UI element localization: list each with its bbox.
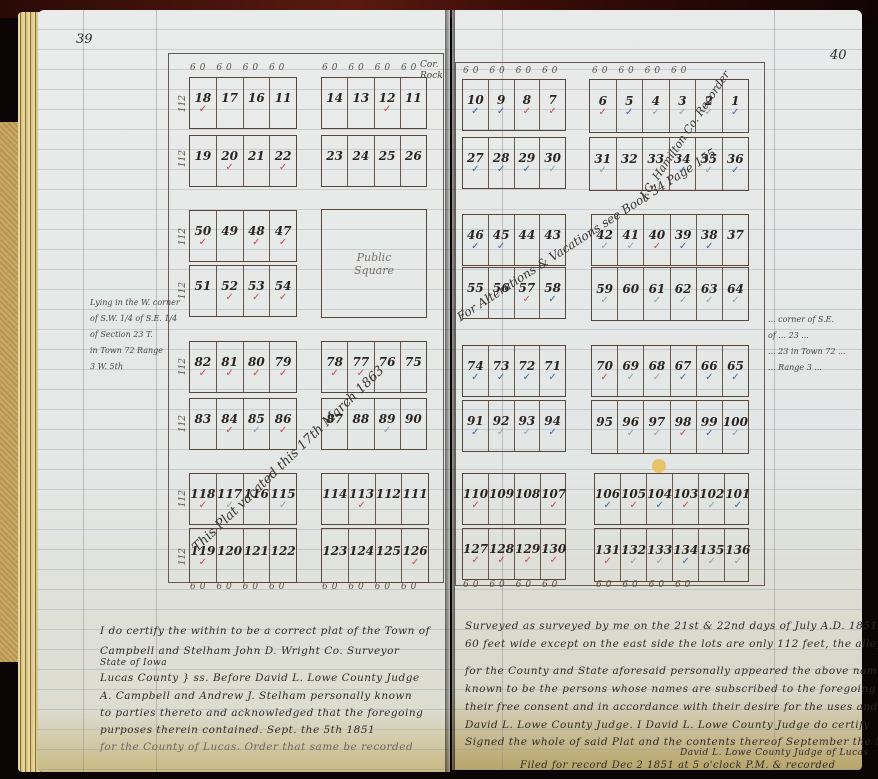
lot-number: 28 [493,151,510,165]
city-block: 123124125126✓ [321,528,429,583]
lot-number: 66 [701,359,718,373]
check-mark-icon: ✓ [199,369,207,379]
check-mark-icon: ✓ [199,105,207,115]
city-block: 6✓5✓4✓3✓2✓1✓ [589,79,749,133]
lot: 52✓ [217,266,244,316]
lot-number: 71 [544,359,561,373]
check-mark-icon: ✓ [708,501,716,511]
check-mark-icon: ✓ [225,293,233,303]
lot: 29✓ [515,138,541,188]
lot-number: 32 [621,152,638,166]
depth-dimension: 112 [178,228,188,245]
lot-number: 89 [379,412,396,426]
lot-number: 47 [275,224,292,238]
lot-number: 83 [195,412,212,426]
frontage-dimension: 60 60 60 60 [322,63,420,73]
check-mark-icon: ✓ [548,107,556,117]
lot: 9✓ [489,80,515,130]
lot: 136✓ [725,529,750,581]
lot-number: 93 [519,414,536,428]
lot-number: 43 [544,228,561,242]
lot: 99✓ [697,401,723,453]
lot: 11 [401,78,426,128]
lot: 20✓ [217,136,244,186]
lot: 114 [322,474,349,524]
lot-number: 36 [727,152,744,166]
lot: 81✓ [217,342,244,392]
page-edges [18,12,40,772]
lot: 53✓ [244,266,271,316]
check-mark-icon: ✓ [252,426,260,436]
check-mark-icon: ✓ [548,295,556,305]
lot-number: 69 [622,359,639,373]
lot-number: 94 [544,414,561,428]
lot-number: 41 [622,228,639,242]
check-mark-icon: ✓ [330,369,338,379]
lot: 45✓ [489,215,515,265]
check-mark-icon: ✓ [550,556,558,566]
check-mark-icon: ✓ [653,429,661,439]
check-mark-icon: ✓ [603,557,611,567]
lot-number: 55 [467,281,484,295]
lot-number: 44 [519,228,536,242]
lot: 108 [515,474,541,524]
check-mark-icon: ✓ [731,296,739,306]
lot-number: 102 [699,487,724,501]
check-mark-icon: ✓ [252,293,260,303]
lot: 132✓ [621,529,647,581]
lot-number: 100 [723,415,748,429]
lot: 22✓ [270,136,296,186]
depth-dimension: 112 [178,95,188,112]
lot-number: 127 [463,542,488,556]
lot: 79✓ [270,342,296,392]
check-mark-icon: ✓ [523,556,531,566]
lot: 121 [244,529,271,582]
check-mark-icon: ✓ [497,556,505,566]
check-mark-icon: ✓ [679,373,687,383]
check-mark-icon: ✓ [471,556,479,566]
lot-number: 105 [621,487,646,501]
lot-number: 22 [275,149,292,163]
lot: 130✓ [541,529,566,579]
lot: 83 [190,399,217,449]
check-mark-icon: ✓ [627,242,635,252]
lot: 72✓ [515,346,541,396]
lot-number: 72 [519,359,536,373]
check-mark-icon: ✓ [708,557,716,567]
check-mark-icon: ✓ [548,373,556,383]
lot: 105✓ [621,474,647,524]
lot-number: 60 [622,282,639,296]
check-mark-icon: ✓ [471,242,479,252]
lot: 68✓ [644,346,670,396]
lot-number: 85 [248,412,265,426]
check-mark-icon: ✓ [383,105,391,115]
check-mark-icon: ✓ [279,369,287,379]
lot: 13 [348,78,374,128]
lot: 125 [376,529,403,582]
lot-number: 82 [195,355,212,369]
lot: 26 [401,136,426,186]
margin-note-left: Lying in the W. cornerof S.W. 1/4 of S.E… [90,295,180,375]
lot: 19 [190,136,217,186]
check-mark-icon: ✓ [225,163,233,173]
lot-number: 38 [701,228,718,242]
lot-number: 5 [625,94,633,108]
page-number-left: 39 [76,32,93,47]
lot: 107✓ [541,474,566,524]
lot-number: 31 [594,152,611,166]
lot: 10✓ [463,80,489,130]
city-block: 9596✓97✓98✓99✓100✓ [591,400,749,454]
city-block: 91✓92✓93✓94✓ [462,400,566,452]
lot: 8✓ [515,80,541,130]
lot-number: 21 [248,149,265,163]
lot-number: 74 [467,359,484,373]
city-block: 8384✓85✓86✓ [189,398,297,450]
lot-number: 122 [271,544,296,558]
lot: 28✓ [489,138,515,188]
lot-number: 49 [221,224,238,238]
frontage-dimension: 60 60 60 60 [190,63,288,73]
check-mark-icon: ✓ [199,558,207,568]
lot-number: 53 [248,279,265,293]
lot-number: 103 [673,487,698,501]
lot: 66✓ [697,346,723,396]
city-block: 27✓28✓29✓30✓ [462,137,566,189]
check-mark-icon: ✓ [682,557,690,567]
lot-number: 130 [541,542,566,556]
lot-number: 11 [275,91,292,105]
lot-number: 115 [271,487,296,501]
check-mark-icon: ✓ [199,238,207,248]
check-mark-icon: ✓ [497,373,505,383]
lot-number: 48 [248,224,265,238]
lot: 67✓ [671,346,697,396]
city-block: 114113✓112111 [321,473,429,525]
stain-mark [652,459,666,473]
lot-number: 88 [353,412,370,426]
city-block: 23242526 [321,135,427,187]
lot-number: 67 [675,359,692,373]
lot-number: 40 [649,228,666,242]
lot: 101✓ [725,474,750,524]
lot: 62✓ [671,268,697,320]
check-mark-icon: ✓ [471,501,479,511]
lot: 5✓ [617,80,644,132]
check-mark-icon: ✓ [600,373,608,383]
check-mark-icon: ✓ [497,165,505,175]
city-block: 1920✓2122✓ [189,135,297,187]
lot: 91✓ [463,401,489,451]
check-mark-icon: ✓ [705,296,713,306]
lot-number: 51 [195,279,212,293]
lot: 25 [375,136,401,186]
lot-number: 84 [221,412,238,426]
lot: 98✓ [671,401,697,453]
lot: 96✓ [618,401,644,453]
city-block: 5152✓53✓54✓ [189,265,297,317]
city-block: 18✓171611 [189,77,297,129]
lot-number: 81 [221,355,238,369]
lot: 82✓ [190,342,217,392]
lot: 75 [401,342,426,392]
city-block: 110✓109108107✓ [462,473,566,525]
lot-number: 9 [497,93,505,107]
lot-number: 114 [322,487,347,501]
check-mark-icon: ✓ [629,501,637,511]
lot-number: 133 [647,543,672,557]
lot: 59✓ [592,268,618,320]
check-mark-icon: ✓ [471,107,479,117]
check-mark-icon: ✓ [653,296,661,306]
check-mark-icon: ✓ [705,166,713,176]
lot-number: 37 [727,228,744,242]
lot: 80✓ [244,342,271,392]
lot: 134✓ [673,529,699,581]
lot-number: 58 [544,281,561,295]
lot: 46✓ [463,215,489,265]
lot: 129✓ [515,529,541,579]
lot: 17 [217,78,244,128]
lot: 126✓ [402,529,428,582]
lot: 18✓ [190,78,217,128]
lot-number: 98 [675,415,692,429]
lot: 40✓ [644,215,670,265]
check-mark-icon: ✓ [225,369,233,379]
lot-number: 123 [322,544,347,558]
lot: 110✓ [463,474,489,524]
check-mark-icon: ✓ [734,557,742,567]
lot-number: 86 [275,412,292,426]
check-mark-icon: ✓ [599,166,607,176]
check-mark-icon: ✓ [497,107,505,117]
check-mark-icon: ✓ [731,429,739,439]
city-block: 82✓81✓80✓79✓ [189,341,297,393]
lot-number: 17 [221,91,238,105]
lot-number: 13 [353,91,370,105]
lot-number: 78 [326,355,343,369]
lot-number: 45 [493,228,510,242]
lot: 27✓ [463,138,489,188]
city-block: 10✓9✓8✓7✓ [462,79,566,131]
lot-number: 109 [489,487,514,501]
check-mark-icon: ✓ [199,501,207,511]
lot-number: 99 [701,415,718,429]
lot: 58✓ [540,268,565,318]
lot-number: 68 [649,359,666,373]
lot-number: 6 [599,94,607,108]
city-block: 106✓105✓104✓103✓102✓101✓ [594,473,749,525]
lot-number: 70 [596,359,613,373]
lot: 37 [723,215,748,265]
check-mark-icon: ✓ [279,163,287,173]
lot-number: 135 [699,543,724,557]
check-mark-icon: ✓ [731,373,739,383]
lot-number: 73 [493,359,510,373]
lot: 89✓ [375,399,401,449]
check-mark-icon: ✓ [655,501,663,511]
lot: 84✓ [217,399,244,449]
check-mark-icon: ✓ [705,429,713,439]
lot: 23 [322,136,348,186]
corner-note: Cor.Rock [420,60,443,82]
check-mark-icon: ✓ [411,558,419,568]
lot-number: 46 [467,228,484,242]
check-mark-icon: ✓ [731,108,739,118]
lot: 97✓ [644,401,670,453]
lot: 39✓ [671,215,697,265]
lot: 11 [270,78,296,128]
lot-number: 96 [622,415,639,429]
frontage-dimension: 60 60 60 60 [463,66,561,76]
lot: 95 [592,401,618,453]
lot-number: 136 [725,543,750,557]
lot: 127✓ [463,529,489,579]
lot: 12✓ [375,78,401,128]
frontage-dimension: 60 60 60 60 [322,582,420,592]
lot-number: 104 [647,487,672,501]
lot: 47✓ [270,211,296,261]
check-mark-icon: ✓ [279,501,287,511]
lot-number: 75 [405,355,422,369]
lot-number: 8 [523,93,531,107]
city-block: 141312✓11 [321,77,427,129]
lot-number: 63 [701,282,718,296]
lot-number: 12 [379,91,396,105]
check-mark-icon: ✓ [653,242,661,252]
lot: 78✓ [322,342,348,392]
lot-number: 20 [221,149,238,163]
lot: 135✓ [699,529,725,581]
lot-number: 97 [649,415,666,429]
lot-number: 4 [652,94,660,108]
book-gutter [445,10,455,775]
lot: 30✓ [540,138,565,188]
check-mark-icon: ✓ [652,108,660,118]
lot: 16 [244,78,271,128]
check-mark-icon: ✓ [627,373,635,383]
check-mark-icon: ✓ [705,373,713,383]
lot: 104✓ [647,474,673,524]
lot-number: 124 [349,544,374,558]
lot-number: 16 [248,91,265,105]
check-mark-icon: ✓ [252,369,260,379]
lot: 118✓ [190,474,217,524]
lot: 73✓ [489,346,515,396]
lot-number: 113 [349,487,374,501]
lot: 69✓ [618,346,644,396]
lot: 102✓ [699,474,725,524]
lot-number: 1 [731,94,739,108]
lot-number: 112 [376,487,401,501]
lot-number: 125 [376,544,401,558]
lot: 90 [401,399,426,449]
lot-number: 62 [675,282,692,296]
check-mark-icon: ✓ [655,557,663,567]
lot: 71✓ [540,346,565,396]
lot: 70✓ [592,346,618,396]
lot-number: 132 [621,543,646,557]
check-mark-icon: ✓ [600,242,608,252]
lot-number: 101 [725,487,750,501]
check-mark-icon: ✓ [548,165,556,175]
check-mark-icon: ✓ [279,293,287,303]
check-mark-icon: ✓ [629,557,637,567]
lot: 122 [270,529,296,582]
check-mark-icon: ✓ [497,428,505,438]
lot: 60 [618,268,644,320]
lot-number: 11 [405,91,422,105]
depth-dimension: 112 [178,415,188,432]
lot: 63✓ [697,268,723,320]
lot: 21 [244,136,271,186]
check-mark-icon: ✓ [600,296,608,306]
lot: 86✓ [270,399,296,449]
lot: 14 [322,78,348,128]
lot: 32 [617,138,644,190]
check-mark-icon: ✓ [225,426,233,436]
lot-number: 92 [493,414,510,428]
check-mark-icon: ✓ [653,373,661,383]
frontage-dimension: 60 60 60 60 [190,582,288,592]
lot: 112 [376,474,403,524]
lot: 120 [217,529,244,582]
lot-number: 23 [326,149,343,163]
lot: 24 [348,136,374,186]
lot-number: 106 [595,487,620,501]
lot-number: 126 [403,544,428,558]
book-spine-cloth [0,122,20,662]
lot-number: 25 [379,149,396,163]
lot: 4✓ [643,80,670,132]
lot-number: 80 [248,355,265,369]
lot-number: 121 [244,544,269,558]
check-mark-icon: ✓ [383,426,391,436]
lot: 113✓ [349,474,376,524]
frontage-dimension: 60 60 60 60 [463,580,561,590]
lot-number: 52 [221,279,238,293]
city-block: 59✓6061✓62✓63✓64✓ [591,267,749,321]
lot-number: 118 [190,487,215,501]
lot-number: 14 [326,91,343,105]
lot-number: 39 [675,228,692,242]
lot-number: 90 [405,412,422,426]
frontage-dimension: 60 60 60 60 [596,580,694,590]
check-mark-icon: ✓ [550,501,558,511]
check-mark-icon: ✓ [523,107,531,117]
check-mark-icon: ✓ [627,429,635,439]
check-mark-icon: ✓ [279,238,287,248]
lot: 64✓ [723,268,748,320]
public-square: Public Square [321,209,427,318]
lot-number: 111 [403,487,428,501]
check-mark-icon: ✓ [523,428,531,438]
lot-number: 64 [727,282,744,296]
lot-number: 30 [544,151,561,165]
lot-number: 3 [678,94,686,108]
lot-number: 129 [515,542,540,556]
lot: 1✓ [723,80,749,132]
lot: 103✓ [673,474,699,524]
check-mark-icon: ✓ [678,108,686,118]
lot: 31✓ [590,138,617,190]
lot: 124 [349,529,376,582]
check-mark-icon: ✓ [603,501,611,511]
lot: 109 [489,474,515,524]
lot-number: 110 [463,487,488,501]
